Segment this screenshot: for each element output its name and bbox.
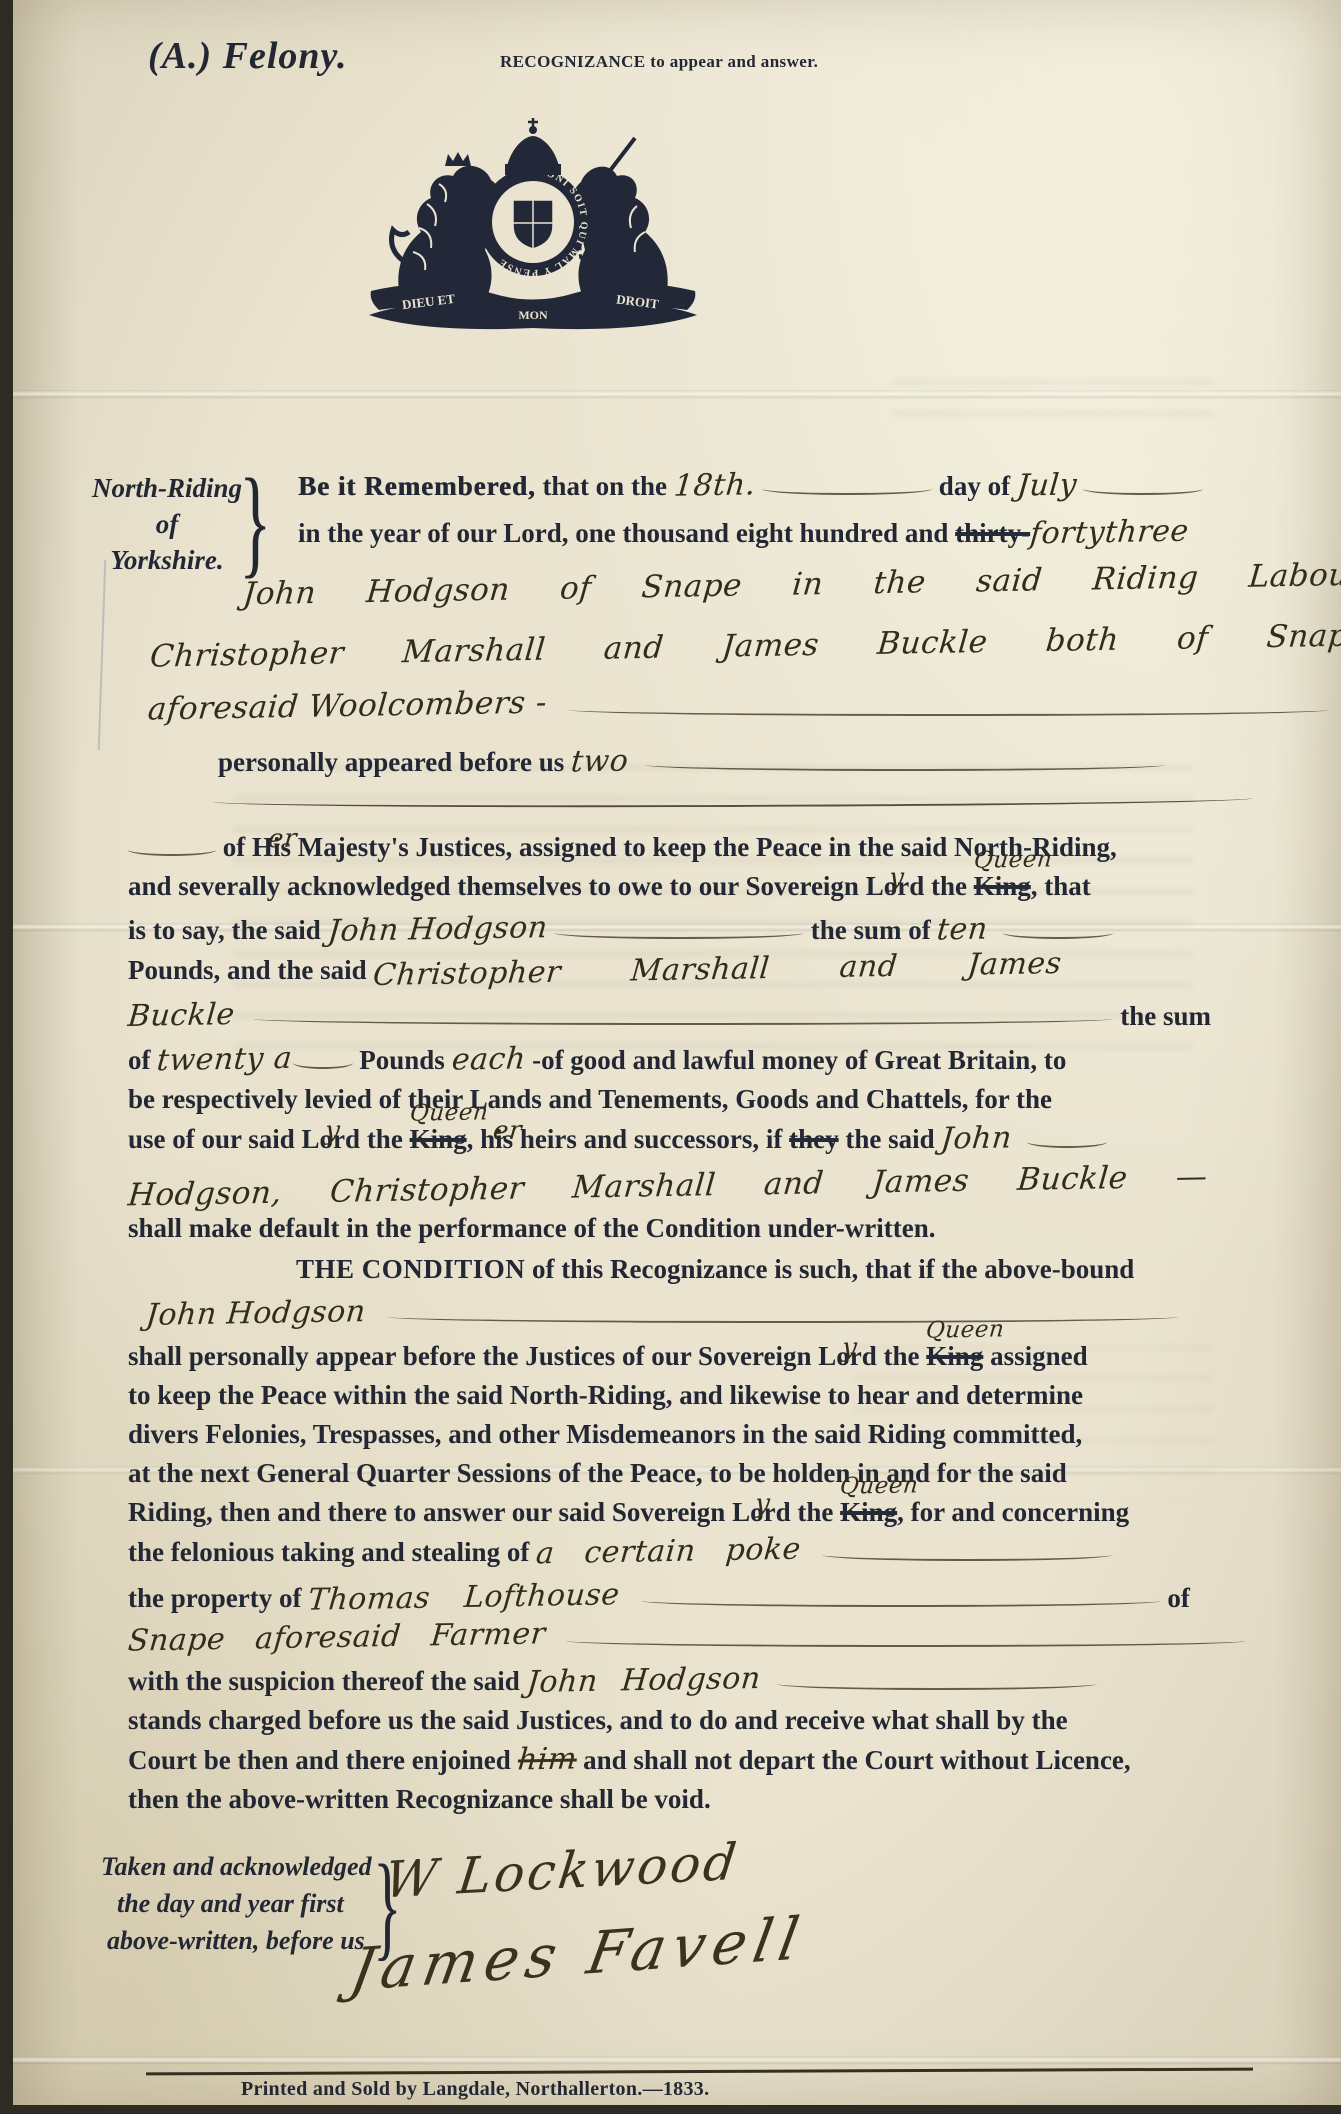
condition-line-3: shall personally appear before the Justi… [128, 1337, 1288, 1376]
margin-pen-mark [98, 560, 109, 750]
blank-rule [777, 1676, 1097, 1690]
royal-arms-crest: HONI SOIT QUI MAL Y PENSE DIEU ET MON DR… [341, 110, 725, 343]
condition-heading: THE CONDITION [296, 1254, 525, 1284]
lord-to-lady-overwrite: Lordy [818, 1337, 877, 1376]
opening-line-2: in the year of our Lord, one thousand ei… [148, 513, 1278, 553]
banner-motto-mid: MON [518, 308, 548, 322]
form-classification: (A.) Felony. [148, 34, 348, 78]
his-to-her-overwrite: hiser [480, 1120, 513, 1159]
blank-rule [293, 1055, 353, 1069]
justice-count-handwritten: two [569, 741, 630, 782]
owner-name-handwritten: Thomas Lofthouse [307, 1575, 622, 1620]
month-handwritten: July [1015, 465, 1078, 506]
ack-line-1: of Hiser Majesty's Justices, assigned to… [128, 828, 1288, 867]
attestation-line: above-written, before us [101, 1922, 376, 1959]
attestation-line: the day and year first [101, 1885, 376, 1922]
parties-handwritten-1: John Hodgson of Snape in the said Riding… [146, 552, 1341, 618]
ink-showthrough [893, 355, 1213, 435]
footer-rule [146, 2068, 1253, 2076]
parties-handwritten-2: Christopher Marshall and James Buckle bo… [146, 613, 1341, 678]
condition-paragraph: THE CONDITION of this Recognizance is su… [128, 1250, 1288, 1572]
blank-rule [554, 925, 804, 939]
form-doctype-title: RECOGNIZANCE to appear and answer. [500, 52, 818, 72]
printer-imprint: Printed and Sold by Langdale, Northaller… [241, 2078, 709, 2101]
parties-handwritten-3: aforesaid Woolcombers - [148, 684, 1278, 728]
sum-handwritten: ten [936, 910, 990, 950]
justice-signature-1: W Lockwood [382, 1833, 743, 1910]
property-paragraph: the property of Thomas Lofthouse of Snap… [128, 1578, 1288, 1819]
each-handwritten: each [450, 1039, 527, 1079]
lord-to-lady-overwrite: Lordy [732, 1493, 791, 1532]
king-to-queen-correction: KingQueen [410, 1120, 467, 1159]
property-line-5: Court be then and there enjoined him and… [128, 1740, 1288, 1780]
name-handwritten: John [940, 1118, 1014, 1158]
year-handwritten: fortythree [1028, 512, 1190, 555]
opening-line-6: personally appeared before us two [148, 742, 1278, 782]
blank-rule [822, 1547, 1112, 1561]
acknowledgment-paragraph: of Hiser Majesty's Justices, assigned to… [128, 828, 1288, 1248]
crown-icon [505, 118, 561, 175]
fold-crease [13, 390, 1341, 399]
surety-name-handwritten: Buckle [126, 995, 236, 1036]
blank-rule [388, 1309, 1178, 1323]
ack-line-7: be respectively levied of their Lands an… [128, 1080, 1288, 1119]
ack-line-8: use of our said Lordy the KingQueen, his… [128, 1119, 1288, 1159]
blank-rule [1027, 1134, 1107, 1148]
ack-line-4: Pounds, and the said Christopher Marshal… [128, 950, 1288, 990]
justice-signature-2: James Favell [345, 1904, 811, 2005]
property-line-4: stands charged before us the said Justic… [128, 1701, 1288, 1740]
condition-name-line: John Hodgson [128, 1294, 1288, 1334]
justices-blank-line [213, 796, 1253, 809]
property-line-3: with the suspicion thereof the said John… [128, 1661, 1288, 1701]
be-it-remembered: Be it Remembered, [298, 471, 536, 501]
accused-name-handwritten: John Hodgson [525, 1659, 762, 1702]
struck-thirty: thirty- [955, 518, 1030, 548]
attestation-clause: Taken and acknowledged the day and year … [101, 1848, 376, 1959]
struck-they: they [789, 1124, 839, 1154]
ack-line-2: and severally acknowledged themselves to… [128, 867, 1288, 906]
property-line-1: the property of Thomas Lofthouse of [128, 1578, 1288, 1618]
fold-crease [13, 2056, 1341, 2065]
blank-rule [641, 1593, 1161, 1607]
blank-rule [569, 702, 1329, 716]
stolen-item-handwritten: a certain poke [534, 1530, 802, 1574]
owner-abode-handwritten: Snape aforesaid Farmer [126, 1614, 547, 1660]
royal-coat-of-arms-icon: HONI SOIT QUI MAL Y PENSE DIEU ET MON DR… [341, 110, 725, 338]
king-to-queen-correction: KingQueen [974, 867, 1031, 906]
quartered-shield-icon [513, 200, 553, 249]
sureties-names-handwritten: Christopher Marshall and James [372, 944, 1064, 995]
blank-rule [253, 1011, 1113, 1025]
day-handwritten: 18th. [672, 465, 757, 506]
blank-rule [645, 757, 1165, 771]
struck-him-handwritten: him [516, 1739, 578, 1779]
his-to-her-overwrite: Hiser [252, 828, 291, 867]
condition-line-4: to keep the Peace within the said North-… [128, 1376, 1288, 1415]
blank-rule [566, 1633, 1246, 1647]
bound-name-handwritten: John Hodgson [144, 1292, 367, 1335]
names-handwritten-row: Hodgson, Christopher Marshall and James … [126, 1154, 1209, 1219]
blank-rule [128, 842, 216, 856]
king-to-queen-correction: KingQueen [840, 1493, 897, 1532]
sum2-handwritten: twenty a [156, 1039, 295, 1080]
opening-section: Be it Remembered, that on the 18th. day … [148, 466, 1278, 782]
condition-line-7: Riding, then and there to answer our sai… [128, 1493, 1288, 1532]
king-to-queen-correction: KingQueen [926, 1337, 983, 1376]
property-line-2: Snape aforesaid Farmer [128, 1618, 1288, 1658]
lord-to-lady-overwrite: Lordy [866, 867, 925, 906]
blank-rule [1003, 925, 1113, 939]
condition-heading-line: THE CONDITION of this Recognizance is su… [128, 1250, 1288, 1289]
ack-line-3: is to say, the said John Hodgson the sum… [128, 910, 1288, 950]
condition-line-8: the felonious taking and stealing of a c… [128, 1532, 1288, 1572]
ack-line-5: Buckle the sum [128, 996, 1288, 1036]
property-line-6: then the above-written Recognizance shal… [128, 1780, 1288, 1819]
lord-to-lady-overwrite: Lordy [302, 1120, 361, 1159]
ack-line-6: of twenty a Pounds each -of good and law… [128, 1040, 1288, 1080]
blank-rule [1083, 481, 1203, 495]
document-paper: (A.) Felony. RECOGNIZANCE to appear and … [13, 0, 1341, 2105]
condition-line-5: divers Felonies, Trespasses, and other M… [128, 1415, 1288, 1454]
blank-rule [762, 481, 932, 495]
opening-line-1: Be it Remembered, that on the 18th. day … [148, 466, 1278, 506]
obligor-name-handwritten: John Hodgson [326, 908, 549, 951]
attestation-line: Taken and acknowledged [101, 1848, 376, 1885]
condition-line-6: at the next General Quarter Sessions of … [128, 1454, 1288, 1493]
